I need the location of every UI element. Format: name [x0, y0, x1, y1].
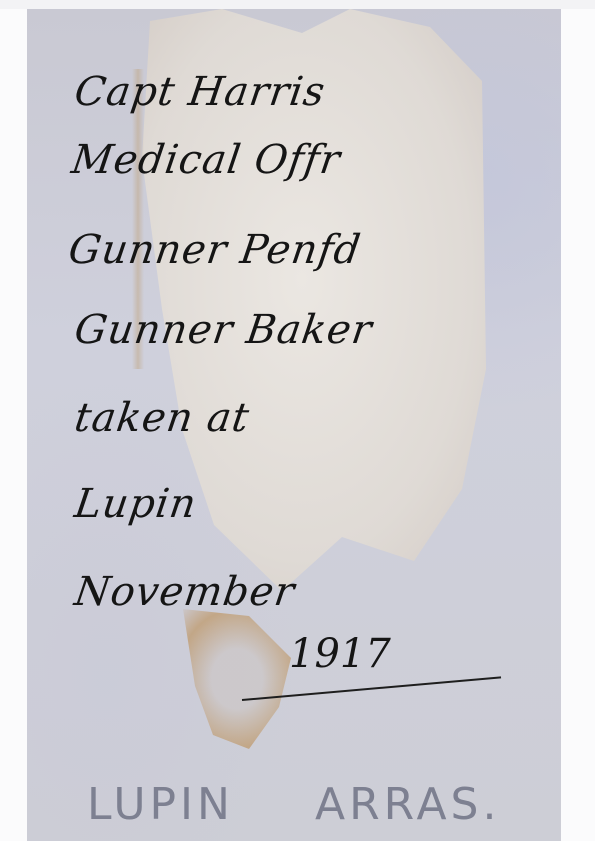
line-gunner-2: Gunner Baker: [72, 307, 375, 353]
line-medical-officer: Medical Offr: [69, 137, 344, 183]
line-month: November: [72, 569, 298, 615]
scan-margin-top: [0, 0, 595, 9]
line-gunner-1: Gunner Penfd: [66, 227, 364, 273]
scan-margin-right: [561, 9, 595, 841]
paper-sheet: Capt Harris Medical Offr Gunner Penfd Gu…: [27, 9, 561, 841]
line-year: 1917: [289, 631, 391, 677]
pencil-annotation-arras: ARRAS.: [315, 779, 500, 830]
brown-stain: [177, 609, 297, 749]
line-place: Lupin: [72, 481, 200, 527]
pencil-annotation-lupin: LUPIN: [87, 779, 234, 830]
line-taken-at: taken at: [72, 395, 253, 441]
line-captain: Capt Harris: [72, 69, 329, 115]
